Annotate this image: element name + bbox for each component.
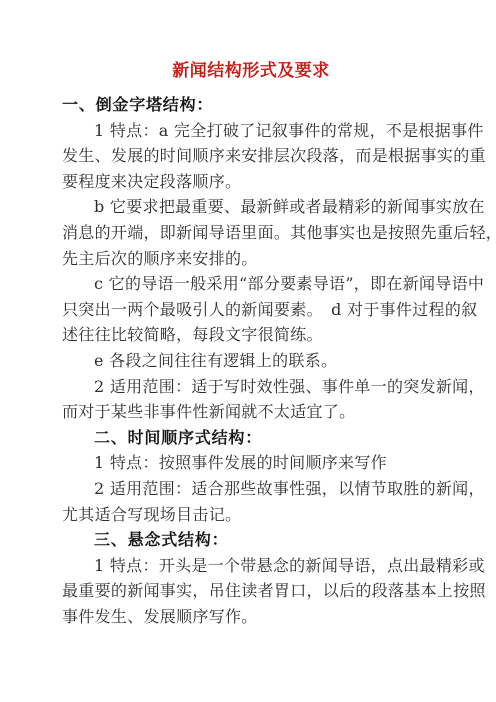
text-line: 2 适用范围：适合那些故事性强，以情节取胜的新闻， [62, 476, 440, 502]
text-line: 2 适用范围：适于写时效性强、事件单一的突发新闻， [62, 374, 440, 400]
text-line: 述往往比较简略，每段文字很简练。 [62, 322, 440, 348]
text-line: 要程度来决定段落顺序。 [62, 169, 440, 195]
text-line: 1 特点：开头是一个带悬念的新闻导语，点出最精彩或 [62, 553, 440, 579]
text-line: 事件发生、发展顺序写作。 [62, 604, 440, 630]
text-line: 只突出一两个最吸引人的新闻要素。 d 对于事件过程的叙 [62, 297, 440, 323]
text-line: 消息的开端，即新闻导语里面。其他事实也是按照先重后轻， [62, 220, 440, 246]
text-line: 最重要的新闻事实，吊住读者胃口，以后的段落基本上按照 [62, 578, 440, 604]
text-line: 发生、发展的时间顺序来安排层次段落，而是根据事实的重 [62, 143, 440, 169]
text-line: 1 特点：按照事件发展的时间顺序来写作 [62, 450, 440, 476]
section-heading: 一、倒金字塔结构： [62, 92, 440, 118]
text-line: b 它要求把最重要、最新鲜或者最精彩的新闻事实放在 [62, 194, 440, 220]
text-line: 1 特点：a 完全打破了记叙事件的常规，不是根据事件 [62, 118, 440, 144]
section-heading: 二、时间顺序式结构： [62, 425, 440, 451]
document-body: 一、倒金字塔结构：1 特点：a 完全打破了记叙事件的常规，不是根据事件发生、发展… [62, 92, 440, 629]
section-heading: 三、悬念式结构： [62, 527, 440, 553]
text-line: 而对于某些非事件性新闻就不太适宜了。 [62, 399, 440, 425]
text-line: 尤其适合写现场目击记。 [62, 502, 440, 528]
text-line: c 它的导语一般采用“部分要素导语”，即在新闻导语中 [62, 271, 440, 297]
text-line: 先主后次的顺序来安排的。 [62, 246, 440, 272]
document-page: 新闻结构形式及要求 一、倒金字塔结构：1 特点：a 完全打破了记叙事件的常规，不… [0, 0, 496, 702]
document-title: 新闻结构形式及要求 [62, 58, 440, 84]
text-line: e 各段之间往往有逻辑上的联系。 [62, 348, 440, 374]
